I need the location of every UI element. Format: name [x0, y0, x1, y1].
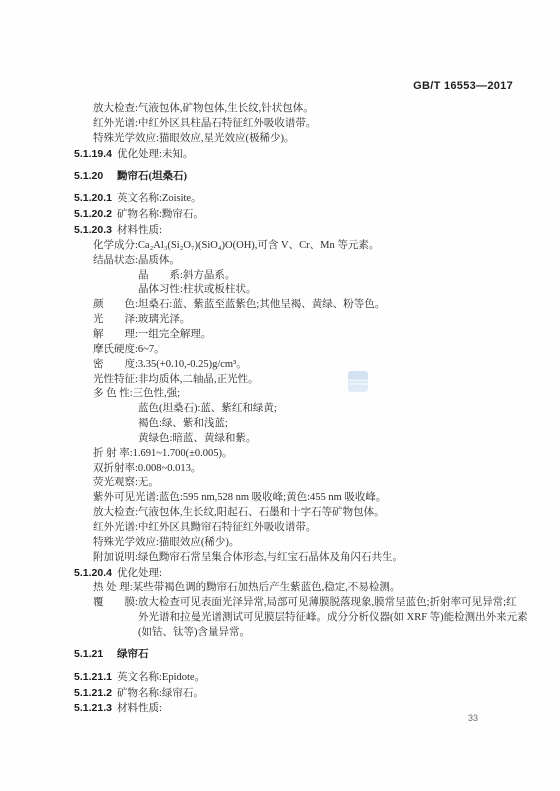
clause-number: 5.1.20.2: [74, 207, 117, 222]
text-line: 附加说明:绿色黝帘石常呈集合体形态,与红宝石晶体及角闪石共生。: [74, 551, 524, 566]
text-line: 5.1.21.1英文名称:Epidote。: [74, 670, 524, 686]
text-line: 蓝色(坦桑石):蓝、紫红和绿黄;: [74, 402, 524, 417]
text-line: 密 度:3.35(+0.10,-0.25)g/cm³。: [74, 358, 524, 373]
clause-text: 英文名称:Epidote。: [117, 672, 205, 683]
clause-text: 英文名称:Zoisite。: [117, 193, 202, 204]
text-line: 放大检查:气液包体,生长纹,阳起石、石墨和十字石等矿物包体。: [74, 506, 524, 521]
page-number: 33: [468, 713, 478, 723]
text-line: 5.1.20.1英文名称:Zoisite。: [74, 191, 524, 207]
section-heading: 5.1.21绿帘石: [74, 647, 524, 663]
text-line: 晶 系:斜方晶系。: [74, 269, 524, 284]
standard-code-header: GB/T 16553—2017: [413, 80, 513, 92]
text-line: 放大检查:气液包体,矿物包体,生长纹,针状包体。: [74, 102, 524, 117]
text-line: 红外光谱:中红外区具柱晶石特征红外吸收谱带。: [74, 117, 524, 132]
text-line: 红外光谱:中红外区具黝帘石特征红外吸收谱带。: [74, 521, 524, 536]
text-line: 紫外可见光谱:蓝色:595 nm,528 nm 吸收峰;黄色:455 nm 吸收…: [74, 491, 524, 506]
text-line: 折 射 率:1.691~1.700(±0.005)。: [74, 447, 524, 462]
clause-number: 5.1.19.4: [74, 147, 117, 162]
watermark-logo-icon: [348, 371, 368, 392]
text-line: 5.1.20.3材料性质:: [74, 223, 524, 239]
document-page: GB/T 16553—2017 放大检查:气液包体,矿物包体,生长纹,针状包体。…: [0, 0, 560, 791]
text-line: 荧光观察:无。: [74, 476, 524, 491]
clause-number: 5.1.20.1: [74, 191, 117, 206]
text-line: 摩氏硬度:6~7。: [74, 343, 524, 358]
text-line: 化学成分:Ca₂Al₃(Si₂O₇)(SiO₄)O(OH),可含 V、Cr、Mn…: [74, 239, 524, 254]
clause-text: 优化处理:未知。: [117, 149, 193, 160]
text-line: 黄绿色:暗蓝、黄绿和紫。: [74, 432, 524, 447]
text-line: 5.1.21.3材料性质:: [74, 701, 524, 717]
clause-number: 5.1.20.3: [74, 223, 117, 238]
clause-text: 材料性质:: [117, 703, 162, 714]
text-line: 光性特征:非均质体,二轴晶,正光性。: [74, 373, 524, 388]
text-line: 5.1.20.2矿物名称:黝帘石。: [74, 207, 524, 223]
text-line: 褐色:绿、紫和浅蓝;: [74, 417, 524, 432]
clause-text: 黝帘石(坦桑石): [117, 171, 187, 182]
clause-number: 5.1.21.3: [74, 701, 117, 716]
clause-text: 矿物名称:绿帘石。: [117, 688, 204, 699]
clause-number: 5.1.21.1: [74, 670, 117, 685]
clause-text: 矿物名称:黝帘石。: [117, 209, 204, 220]
text-line: 热 处 理:某些带褐色调的黝帘石加热后产生紫蓝色,稳定,不易检测。: [74, 581, 524, 596]
text-line: 解 理:一组完全解理。: [74, 328, 524, 343]
text-line: 覆 膜:放大检查可见表面光泽异常,局部可见薄膜脱落现象,膜常呈蓝色;折射率可见异…: [74, 596, 524, 611]
text-line: 结晶状态:晶质体。: [74, 254, 524, 269]
text-line: 多 色 性:三色性,强;: [74, 387, 524, 402]
clause-text: 绿帘石: [117, 649, 149, 660]
text-line: 5.1.20.4优化处理:: [74, 566, 524, 582]
text-line: 5.1.21.2矿物名称:绿帘石。: [74, 686, 524, 702]
clause-number: 5.1.21: [74, 647, 117, 662]
clause-number: 5.1.20: [74, 169, 117, 184]
text-line: 颜 色:坦桑石:蓝、紫蓝至蓝紫色;其他呈褐、黄绿、粉等色。: [74, 298, 524, 313]
text-line: 双折射率:0.008~0.013。: [74, 462, 524, 477]
text-line: 特殊光学效应:猫眼效应(稀少)。: [74, 536, 524, 551]
clause-number: 5.1.20.4: [74, 566, 117, 581]
text-line: 5.1.19.4优化处理:未知。: [74, 147, 524, 163]
clause-text: 材料性质:: [117, 225, 162, 236]
text-line: 晶体习性:柱状或板柱状。: [74, 283, 524, 298]
text-line: 外光谱和拉曼光谱测试可见膜层特征峰。成分分析仪器(如 XRF 等)能检测出外来元…: [74, 611, 524, 626]
clause-number: 5.1.21.2: [74, 686, 117, 701]
document-body: 放大检查:气液包体,矿物包体,生长纹,针状包体。红外光谱:中红外区具柱晶石特征红…: [74, 102, 524, 717]
section-heading: 5.1.20黝帘石(坦桑石): [74, 169, 524, 185]
clause-text: 优化处理:: [117, 568, 162, 579]
text-line: (如钴、钛等)含量异常。: [74, 626, 524, 641]
text-line: 特殊光学效应:猫眼效应,星光效应(极稀少)。: [74, 132, 524, 147]
text-line: 光 泽:玻璃光泽。: [74, 313, 524, 328]
